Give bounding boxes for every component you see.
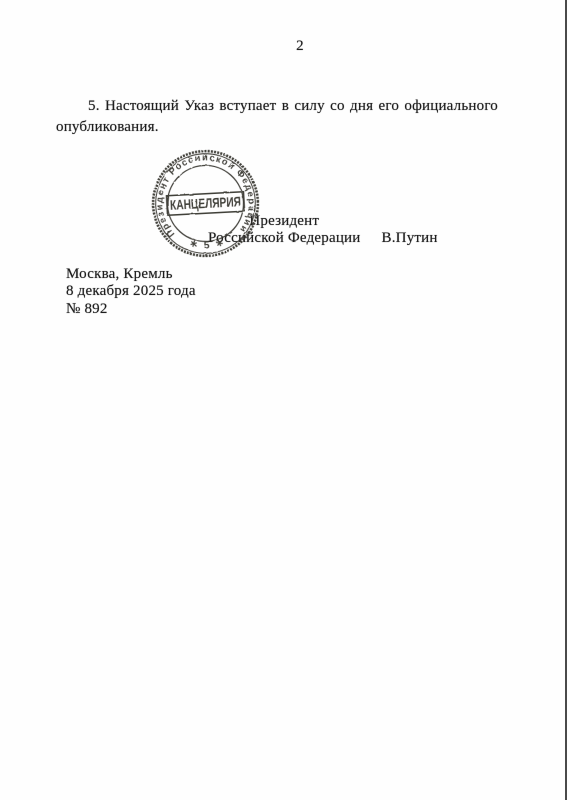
decree-paragraph-line1: 5. Настоящий Указ вступает в силу со дня… [56,96,498,117]
issue-place: Москва, Кремль [66,266,196,283]
decree-paragraph: 5. Настоящий Указ вступает в силу со дня… [56,96,498,138]
document-page: 2 5. Настоящий Указ вступает в силу со д… [0,0,568,800]
chancellery-stamp-icon: Президент Российской Федерации ∗ 5 ∗ КАН… [146,144,265,263]
issue-date: 8 декабря 2025 года [66,283,196,300]
decree-number: № 892 [66,301,196,318]
page-number: 2 [32,38,568,55]
issue-details: Москва, Кремль 8 декабря 2025 года № 892 [66,266,196,318]
page-edge-line [565,0,567,800]
stamp-center-text: КАНЦЕЛЯРИЯ [170,193,242,213]
decree-paragraph-line2: опубликования. [56,117,498,138]
signatory-name: В.Путин [382,230,438,247]
